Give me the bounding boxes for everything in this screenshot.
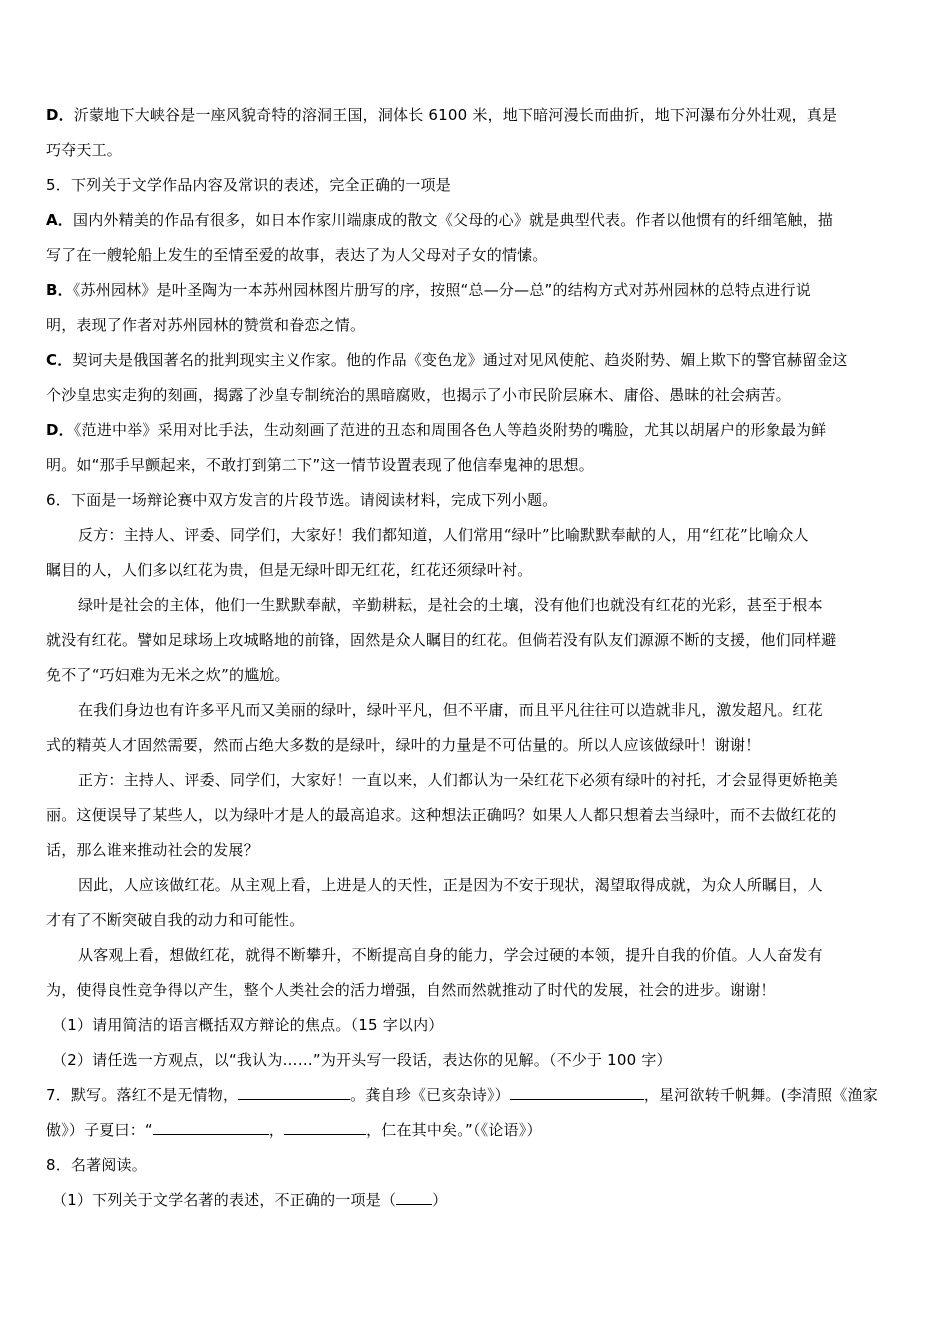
q5-option-a-line2: 写了在一艘轮船上发生的至情至爱的故事，表达了为人父母对子女的情愫。 xyxy=(46,238,908,273)
option-label: D． xyxy=(46,421,74,439)
answer-blank[interactable] xyxy=(396,1190,432,1205)
q5-option-c-line1: C．契诃夫是俄国著名的批判现实主义作家。他的作品《变色龙》通过对见风使舵、趋炎附… xyxy=(46,343,908,378)
fill-blank-4[interactable] xyxy=(284,1120,366,1135)
q5-option-d-line1: D．《范进中举》采用对比手法，生动刻画了范进的丑态和周围各色人等趋炎附势的嘴脸，… xyxy=(46,413,908,448)
q5-option-a-line1: A．国内外精美的作品有很多，如日本作家川端康成的散文《父母的心》就是典型代表。作… xyxy=(46,203,908,238)
question-number: 8． xyxy=(46,1156,71,1174)
q7-line1: 7．默写。落红不是无情物，。龚自珍《已亥杂诗》），星河欲转千帆舞。(李清照《渔家 xyxy=(46,1078,908,1113)
exam-page: D．沂蒙地下大峡谷是一座风貌奇特的溶洞王国，洞体长 6100 米，地下暗河漫长而… xyxy=(46,98,908,1218)
q5-option-b-line1: B．《苏州园林》是叶圣陶为一本苏州园林图片册写的序，按照“总—分—总”的结构方式… xyxy=(46,273,908,308)
q6-passage-p4-line2: 丽。这便误导了某些人，以为绿叶才是人的最高追求。这种想法正确吗？如果人人都只想着… xyxy=(46,798,908,833)
q6-passage-p1-line2: 瞩目的人，人们多以红花为贵，但是无绿叶即无红花，红花还须绿叶衬。 xyxy=(46,553,908,588)
q6-passage-p5-line2: 才有了不断突破自我的动力和可能性。 xyxy=(46,903,908,938)
q6-passage-p2-line3: 免不了“巧妇难为无米之炊”的尴尬。 xyxy=(46,658,908,693)
q5-option-d-line2: 明。如“那手早颤起来，不敢打到第二下”这一情节设置表现了他信奉鬼神的思想。 xyxy=(46,448,908,483)
q8-subquestion-1: （1）下列关于文学名著的表述，不正确的一项是（） xyxy=(46,1183,908,1218)
q6-passage-p4-line1: 正方：主持人、评委、同学们，大家好！一直以来，人们都认为一朵红花下必须有绿叶的衬… xyxy=(46,763,908,798)
q4-option-d-line2: 巧夺天工。 xyxy=(46,133,908,168)
q6-passage-p3-line2: 式的精英人才固然需要，然而占绝大多数的是绿叶，绿叶的力量是不可估量的。所以人应该… xyxy=(46,728,908,763)
option-label: A． xyxy=(46,211,73,229)
q6-passage-p1-line1: 反方：主持人、评委、同学们，大家好！我们都知道，人们常用“绿叶”比喻默默奉献的人… xyxy=(46,518,908,553)
q5-option-c-line2: 个沙皇忠实走狗的刻画，揭露了沙皇专制统治的黑暗腐败，也揭示了小市民阶层麻木、庸俗… xyxy=(46,378,908,413)
q5-stem: 5．下列关于文学作品内容及常识的表述，完全正确的一项是 xyxy=(46,168,908,203)
question-number: 7． xyxy=(46,1086,71,1104)
q5-option-b-line2: 明，表现了作者对苏州园林的赞赏和眷恋之情。 xyxy=(46,308,908,343)
q6-subquestion-1: （1）请用简洁的语言概括双方辩论的焦点。（15 字以内） xyxy=(46,1008,908,1043)
q8-stem: 8．名著阅读。 xyxy=(46,1148,908,1183)
question-number: 5． xyxy=(46,176,71,194)
fill-blank-2[interactable] xyxy=(510,1085,644,1100)
q6-passage-p3-line1: 在我们身边也有许多平凡而又美丽的绿叶，绿叶平凡，但不平庸，而且平凡往往可以造就非… xyxy=(46,693,908,728)
option-label: C． xyxy=(46,351,72,369)
q6-passage-p6-line1: 从客观上看，想做红花，就得不断攀升，不断提高自身的能力，学会过硬的本领，提升自我… xyxy=(46,938,908,973)
option-label: B． xyxy=(46,281,73,299)
q6-stem: 6．下面是一场辩论赛中双方发言的片段节选。请阅读材料，完成下列小题。 xyxy=(46,483,908,518)
question-number: 6． xyxy=(46,491,71,509)
fill-blank-1[interactable] xyxy=(238,1085,350,1100)
q4-option-d-line1: D．沂蒙地下大峡谷是一座风貌奇特的溶洞王国，洞体长 6100 米，地下暗河漫长而… xyxy=(46,98,908,133)
q6-passage-p5-line1: 因此，人应该做红花。从主观上看，上进是人的天性，正是因为不安于现状，渴望取得成就… xyxy=(46,868,908,903)
q6-passage-p6-line2: 为，使得良性竞争得以产生，整个人类社会的活力增强，自然而然就推动了时代的发展，社… xyxy=(46,973,908,1008)
option-label: D． xyxy=(46,106,74,124)
q6-passage-p2-line1: 绿叶是社会的主体，他们一生默默奉献，辛勤耕耘，是社会的土壤，没有他们也就没有红花… xyxy=(46,588,908,623)
q6-subquestion-2: （2）请任选一方观点，以“我认为……”为开头写一段话，表达你的见解。（不少于 1… xyxy=(46,1043,908,1078)
q6-passage-p2-line2: 就没有红花。譬如足球场上攻城略地的前锋，固然是众人瞩目的红花。但倘若没有队友们源… xyxy=(46,623,908,658)
fill-blank-3[interactable] xyxy=(153,1120,269,1135)
q6-passage-p4-line3: 话，那么谁来推动社会的发展？ xyxy=(46,833,908,868)
q7-line2: 傲》）子夏曰：“，，仁在其中矣。”（《论语》） xyxy=(46,1113,908,1148)
